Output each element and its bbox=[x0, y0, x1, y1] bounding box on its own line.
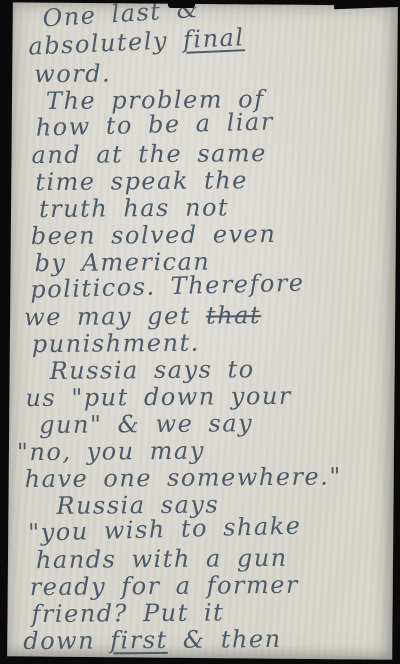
handwritten-segment: we may get bbox=[24, 302, 206, 332]
handwritten-segment: that bbox=[206, 301, 261, 329]
handwritten-segment: final bbox=[182, 23, 245, 54]
handwritten-line: have one somewhere." bbox=[9, 463, 394, 493]
handwritten-segment: word. bbox=[34, 59, 111, 88]
handwritten-line: truth has not bbox=[11, 193, 396, 223]
handwritten-segment: how to be a liar bbox=[35, 107, 274, 141]
handwritten-segment: been solved even bbox=[31, 220, 277, 250]
letter-paper: One last &absolutely finalword.The probl… bbox=[7, 2, 398, 659]
handwritten-segment: friend? Put it bbox=[31, 598, 224, 628]
handwritten-segment: hands with a gun bbox=[36, 544, 288, 574]
handwritten-segment: have one somewhere." bbox=[25, 462, 342, 493]
handwritten-line: punishment. bbox=[10, 328, 395, 358]
scanner-background: One last &absolutely finalword.The probl… bbox=[0, 0, 400, 664]
handwritten-segment: "you wish to shake bbox=[28, 512, 302, 547]
handwritten-segment: and at the same bbox=[31, 139, 267, 169]
handwritten-line: we may get that bbox=[10, 301, 395, 331]
scan-dark-notch bbox=[168, 0, 195, 8]
handwritten-line: friend? Put it bbox=[7, 598, 392, 628]
handwritten-segment: & then bbox=[168, 625, 282, 654]
handwritten-line: and at the same bbox=[11, 139, 396, 169]
handwritten-segment: ready for a former bbox=[30, 571, 299, 601]
handwritten-line: word. bbox=[12, 58, 397, 88]
handwritten-segment: us "put down your bbox=[25, 382, 292, 412]
handwritten-segment: first bbox=[110, 626, 168, 655]
handwritten-segment: truth has not bbox=[39, 193, 229, 223]
handwritten-segment: absolutely bbox=[28, 26, 184, 61]
handwritten-segment: politicos. Therefore bbox=[30, 269, 305, 304]
handwritten-line: Russia says to bbox=[10, 355, 395, 385]
handwritten-segment: time speak the bbox=[35, 166, 248, 196]
handwritten-line: ready for a former bbox=[8, 571, 393, 601]
handwritten-line: down first & then bbox=[7, 625, 392, 655]
handwriting: One last &absolutely finalword.The probl… bbox=[7, 7, 398, 658]
handwritten-line: time speak the bbox=[11, 166, 396, 196]
handwritten-line: been solved even bbox=[11, 220, 396, 250]
handwritten-segment: Russia says to bbox=[50, 355, 255, 385]
handwritten-segment: punishment. bbox=[32, 329, 200, 358]
handwritten-segment: gun" & we say bbox=[39, 409, 253, 439]
handwritten-segment: down bbox=[23, 626, 110, 655]
handwritten-line: hands with a gun bbox=[8, 544, 393, 574]
handwritten-line: us "put down your bbox=[9, 382, 394, 412]
handwritten-line: gun" & we say bbox=[9, 409, 394, 439]
handwritten-segment: "no, you may bbox=[17, 437, 205, 467]
